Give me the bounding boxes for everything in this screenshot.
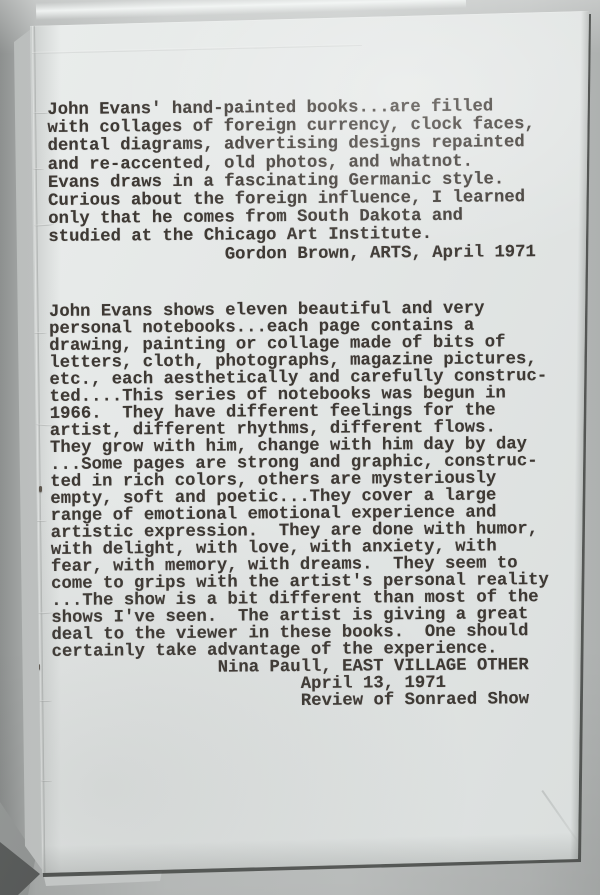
photo-of-booklet-page: John Evans' hand-painted books...are fil… <box>0 0 600 895</box>
review-text-nina-paull: John Evans shows eleven beautiful and ve… <box>49 300 550 712</box>
typewritten-text-layer: John Evans' hand-painted books...are fil… <box>0 0 600 895</box>
review-text-gordon-brown: John Evans' hand-painted books...are fil… <box>47 98 536 266</box>
booklet-page: John Evans' hand-painted books...are fil… <box>0 0 600 895</box>
